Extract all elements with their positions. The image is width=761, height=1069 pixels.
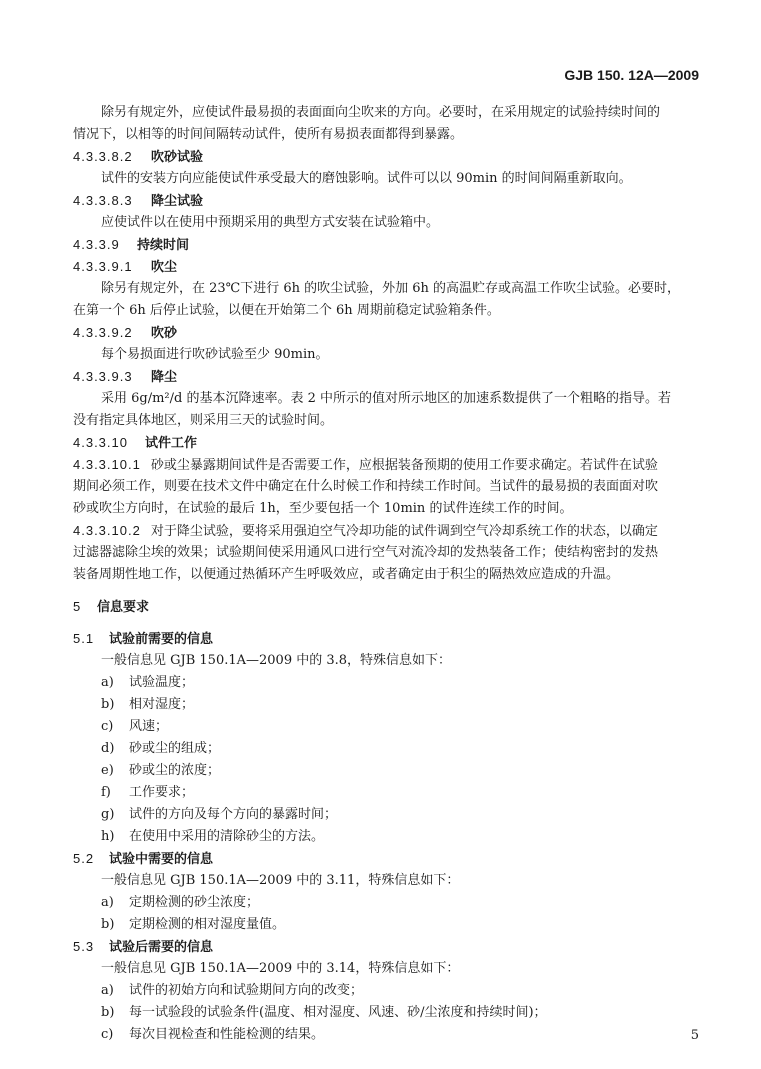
paragraph: 一般信息见 GJB 150.1A—2009 中的 3.14，特殊信息如下：	[73, 958, 703, 980]
paragraph: 采用 6g/m²/d 的基本沉降速率。表 2 中所示的值对所示地区的加速系数提供…	[73, 388, 703, 432]
list-item: c)风速；	[73, 716, 703, 738]
document-code-header: GJB 150. 12A—2009	[564, 67, 699, 83]
paragraph: 除另有规定外，在 23℃下进行 6h 的吹尘试验，外加 6h 的高温贮存或高温工…	[73, 278, 703, 322]
section-heading-4-3-3-9: 4.3.3.9持续时间	[73, 234, 703, 256]
section-heading-5: 5信息要求	[73, 596, 703, 618]
section-heading-5-3: 5.3试验后需要的信息	[73, 936, 703, 958]
list-item: b)每一试验段的试验条件(温度、相对湿度、风速、砂/尘浓度和持续时间)；	[73, 1002, 703, 1024]
section-heading-4-3-3-9-3: 4.3.3.9.3降尘	[73, 366, 703, 388]
paragraph: 应使试件以在使用中预期采用的典型方式安装在试验箱中。	[73, 212, 703, 234]
section-heading-5-1: 5.1试验前需要的信息	[73, 628, 703, 650]
list-item: h)在使用中采用的清除砂尘的方法。	[73, 826, 703, 848]
list-item: g)试件的方向及每个方向的暴露时间；	[73, 804, 703, 826]
section-heading-4-3-3-9-2: 4.3.3.9.2吹砂	[73, 322, 703, 344]
list-item: b)定期检测的相对湿度量值。	[73, 914, 703, 936]
list-item: f)工作要求；	[73, 782, 703, 804]
section-heading-5-2: 5.2试验中需要的信息	[73, 848, 703, 870]
section-heading-4-3-3-10: 4.3.3.10试件工作	[73, 432, 703, 454]
paragraph: 每个易损面进行吹砂试验至少 90min。	[73, 344, 703, 366]
document-body: 除另有规定外，应使试件最易损的表面面向尘吹来的方向。必要时，在采用规定的试验持续…	[73, 102, 703, 1046]
list-item: a)定期检测的砂尘浓度；	[73, 892, 703, 914]
list-item: b)相对湿度；	[73, 694, 703, 716]
list-item: a)试件的初始方向和试验期间方向的改变；	[73, 980, 703, 1002]
list-item: e)砂或尘的浓度；	[73, 760, 703, 782]
paragraph: 一般信息见 GJB 150.1A—2009 中的 3.8，特殊信息如下：	[73, 650, 703, 672]
paragraph: 试件的安装方向应能使试件承受最大的磨蚀影响。试件可以以 90min 的时间间隔重…	[73, 168, 703, 190]
list-item: a)试验温度；	[73, 672, 703, 694]
section-heading-4-3-3-8-3: 4.3.3.8.3降尘试验	[73, 190, 703, 212]
section-heading-4-3-3-8-2: 4.3.3.8.2吹砂试验	[73, 146, 703, 168]
document-page: GJB 150. 12A—2009 除另有规定外，应使试件最易损的表面面向尘吹来…	[0, 0, 761, 1069]
list-item: c)每次目视检查和性能检测的结果。	[73, 1024, 703, 1046]
paragraph: 一般信息见 GJB 150.1A—2009 中的 3.11，特殊信息如下：	[73, 870, 703, 892]
page-number: 5	[691, 1028, 699, 1043]
numbered-paragraph-4-3-3-10-1: 4.3.3.10.1砂或尘暴露期间试件是否需要工作，应根据装备预期的使用工作要求…	[73, 454, 703, 520]
paragraph: 除另有规定外，应使试件最易损的表面面向尘吹来的方向。必要时，在采用规定的试验持续…	[73, 102, 703, 146]
numbered-paragraph-4-3-3-10-2: 4.3.3.10.2对于降尘试验，要将采用强迫空气冷却功能的试件调到空气冷却系统…	[73, 520, 703, 586]
list-item: d)砂或尘的组成；	[73, 738, 703, 760]
section-heading-4-3-3-9-1: 4.3.3.9.1吹尘	[73, 256, 703, 278]
